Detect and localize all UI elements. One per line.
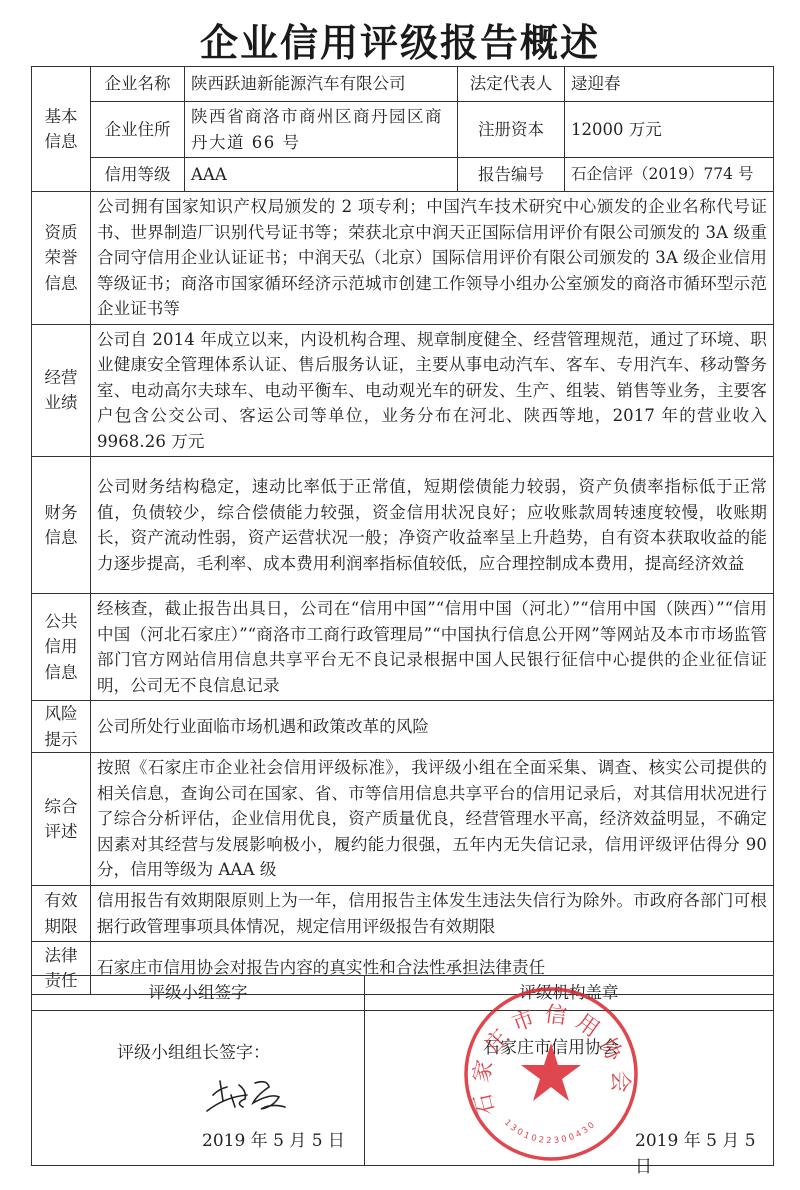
team-signature-cell: 评级小组组长签字： 2019 年 5 月 5 日 xyxy=(32,1011,365,1166)
signature-table: 评级小组签字 评级机构盖章 评级小组组长签字： 2019 年 5 月 5 日 2… xyxy=(31,975,774,1166)
qualifications-text: 公司拥有国家知识产权局颁发的 2 项专利；中国汽车技术研究中心颁发的企业名称代号… xyxy=(91,192,774,325)
section-label-financial: 财务信息 xyxy=(32,457,91,594)
risk-text: 公司所处行业面临市场机遇和政策改革的风险 xyxy=(91,701,774,753)
stamp-code-text: 1301022300430 xyxy=(502,1118,599,1146)
address-label: 企业住所 xyxy=(91,102,185,158)
registered-capital-label: 注册资本 xyxy=(458,102,565,158)
team-signature-header: 评级小组签字 xyxy=(32,976,365,1011)
page-title: 企业信用评级报告概述 xyxy=(0,12,800,67)
svg-text:1301022300430: 1301022300430 xyxy=(502,1118,599,1146)
section-label-validity: 有效期限 xyxy=(32,886,91,942)
leader-signature-label: 评级小组组长签字： xyxy=(117,1041,270,1067)
legal-rep-value: 逯迎春 xyxy=(565,67,774,102)
public-credit-text: 经核查，截止报告出具日，公司在“信用中国”“信用中国（河北）”“信用中国（陕西）… xyxy=(91,594,774,701)
legal-rep-label: 法定代表人 xyxy=(458,67,565,102)
financial-text: 公司财务结构稳定，速动比率低于正常值，短期偿债能力较弱，资产负债率指标低于正常值… xyxy=(91,457,774,594)
address-value: 陕西省商洛市商州区商丹园区商丹大道 66 号 xyxy=(185,102,458,158)
registered-capital-value: 12000 万元 xyxy=(565,102,774,158)
section-label-qualifications: 资质荣誉信息 xyxy=(32,192,91,325)
credit-rating-label: 信用等级 xyxy=(91,158,185,192)
company-name-value: 陕西跃迪新能源汽车有限公司 xyxy=(185,67,458,102)
performance-text: 公司自 2014 年成立以来，内设机构合理、规章制度健全、经营管理规范，通过了环… xyxy=(91,324,774,457)
team-signature-date: 2019 年 5 月 5 日 xyxy=(202,1129,345,1155)
section-label-performance: 经营业绩 xyxy=(32,324,91,457)
section-label-risk: 风险提示 xyxy=(32,701,91,753)
section-label-public-credit: 公共信用信息 xyxy=(32,594,91,701)
validity-text: 信用报告有效期限原则上为一年，信用报告主体发生违法失信行为除外。市政府各部门可根… xyxy=(91,886,774,942)
report-number-value: 石企信评（2019）774 号 xyxy=(565,158,774,192)
company-name-label: 企业名称 xyxy=(91,67,185,102)
summary-text: 按照《石家庄市企业社会信用评级标准》，我评级小组在全面采集、调查、核实公司提供的… xyxy=(91,753,774,886)
report-table: 基本 信息 企业名称 陕西跃迪新能源汽车有限公司 法定代表人 逯迎春 企业住所 … xyxy=(31,66,774,995)
org-seal-date: 2019 年 5 月 5 日 xyxy=(635,1129,773,1180)
credit-rating-value: AAA xyxy=(185,158,458,192)
report-number-label: 报告编号 xyxy=(458,158,565,192)
official-seal-stamp: 石家庄市信用协会 1301022300430 xyxy=(462,985,640,1163)
handwritten-signature xyxy=(205,1073,295,1123)
section-label-summary: 综合评述 xyxy=(32,753,91,886)
section-label-basic-info: 基本 信息 xyxy=(32,67,91,192)
star-icon xyxy=(521,1043,581,1101)
